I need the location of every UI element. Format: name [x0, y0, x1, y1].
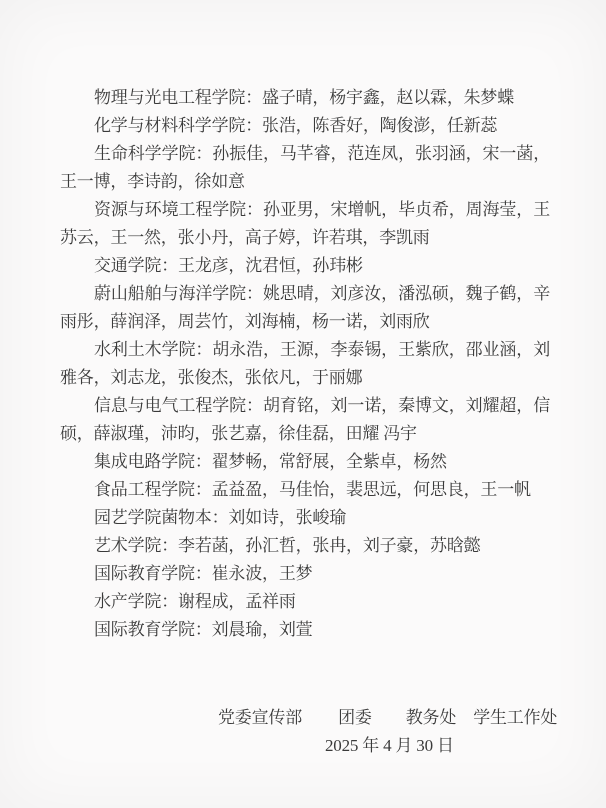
college-entry-line: 园艺学院菌物本：刘如诗，张峻瑜: [60, 504, 550, 532]
college-name: 食品工程学院: [94, 480, 195, 499]
college-entry-line: 物理与光电工程学院：盛子晴，杨宇鑫，赵以霖，朱梦蝶: [60, 84, 550, 112]
student-names: 孟益盈，马佳怡，裴思远，何思良，王一帆: [212, 480, 531, 499]
colon-separator: ：: [246, 200, 263, 219]
colon-separator: ：: [195, 480, 212, 499]
colon-separator: ：: [161, 592, 178, 611]
college-name: 化学与材料科学学院: [94, 116, 245, 135]
college-name: 园艺学院菌物本: [94, 508, 212, 527]
issue-date: 2025 年 4 月 30 日: [325, 732, 550, 760]
college-entry-line: 国际教育学院：崔永波，王梦: [60, 560, 550, 588]
colon-separator: ：: [195, 340, 212, 359]
award-name-list: 物理与光电工程学院：盛子晴，杨宇鑫，赵以霖，朱梦蝶 化学与材料科学学院：张浩，陈…: [60, 84, 550, 644]
college-entry-line: 交通学院：王龙彦，沈君恒，孙玮彬: [60, 252, 550, 280]
student-names: 崔永波，王梦: [212, 564, 313, 583]
college-name: 信息与电气工程学院: [94, 396, 246, 415]
college-name: 水利土木学院: [94, 340, 195, 359]
college-name: 交通学院: [94, 256, 161, 275]
colon-separator: ：: [245, 88, 262, 107]
college-name: 国际教育学院: [94, 620, 195, 639]
college-name: 蔚山船舶与海洋学院: [94, 284, 246, 303]
colon-separator: ：: [246, 284, 263, 303]
student-names: 翟梦畅，常舒展，全紫卓，杨然: [212, 452, 447, 471]
student-names: 李若菡，孙汇哲，张冉，刘子豪，苏晗懿: [178, 536, 480, 555]
college-name: 集成电路学院: [94, 452, 195, 471]
student-names: 王龙彦，沈君恒，孙玮彬: [178, 256, 363, 275]
issuing-departments: 党委宣传部 团委 教务处 学生工作处: [218, 704, 550, 732]
colon-separator: ：: [246, 396, 263, 415]
colon-separator: ：: [212, 508, 229, 527]
colon-separator: ：: [245, 116, 262, 135]
college-entry-line: 信息与电气工程学院：胡育铭，刘一诺，秦博文，刘耀超，信硕，薛淑瑾，沛昀，张艺嘉，…: [60, 392, 550, 448]
colon-separator: ：: [195, 620, 212, 639]
college-name: 物理与光电工程学院: [94, 88, 245, 107]
student-names: 刘晨瑜，刘萱: [212, 620, 313, 639]
college-entry-line: 蔚山船舶与海洋学院：姚思晴，刘彦汝，潘泓硕，魏子鹤，辛雨彤，薛润泽，周芸竹，刘海…: [60, 280, 550, 336]
college-entry-line: 集成电路学院：翟梦畅，常舒展，全紫卓，杨然: [60, 448, 550, 476]
college-entry-line: 资源与环境工程学院：孙亚男，宋增帆，毕贞希，周海莹，王苏云，王一然，张小丹，高子…: [60, 196, 550, 252]
college-entry-line: 生命科学学院：孙振佳，马芊睿，范连凤，张羽涵，宋一菡，王一博，李诗韵，徐如意: [60, 140, 550, 196]
document-page: 物理与光电工程学院：盛子晴，杨宇鑫，赵以霖，朱梦蝶 化学与材料科学学院：张浩，陈…: [0, 0, 606, 808]
college-name: 水产学院: [94, 592, 161, 611]
college-name: 国际教育学院: [94, 564, 195, 583]
student-names: 盛子晴，杨宇鑫，赵以霖，朱梦蝶: [262, 88, 514, 107]
college-entry-line: 艺术学院：李若菡，孙汇哲，张冉，刘子豪，苏晗懿: [60, 532, 550, 560]
document-footer: 党委宣传部 团委 教务处 学生工作处 2025 年 4 月 30 日: [60, 704, 550, 760]
college-name: 生命科学学院: [94, 144, 195, 163]
college-entry-line: 水产学院：谢程成，孟祥雨: [60, 588, 550, 616]
department-name: 党委宣传部: [218, 704, 302, 732]
department-name: 团委: [338, 704, 372, 732]
colon-separator: ：: [195, 564, 212, 583]
colon-separator: ：: [195, 144, 212, 163]
colon-separator: ：: [195, 452, 212, 471]
college-name: 艺术学院: [94, 536, 161, 555]
college-entry-line: 水利土木学院：胡永浩，王源，李泰锡，王紫欣，邵业涵，刘雅各，刘志龙，张俊杰，张依…: [60, 336, 550, 392]
college-entry-line: 化学与材料科学学院：张浩，陈香好，陶俊澎，任新蕊: [60, 112, 550, 140]
department-name: 学生工作处: [473, 704, 557, 732]
colon-separator: ：: [161, 536, 178, 555]
college-entry-line: 国际教育学院：刘晨瑜，刘萱: [60, 616, 550, 644]
student-names: 刘如诗，张峻瑜: [228, 508, 346, 527]
student-names: 张浩，陈香好，陶俊澎，任新蕊: [262, 116, 497, 135]
college-entry-line: 食品工程学院：孟益盈，马佳怡，裴思远，何思良，王一帆: [60, 476, 550, 504]
college-name: 资源与环境工程学院: [94, 200, 246, 219]
colon-separator: ：: [161, 256, 178, 275]
student-names: 谢程成，孟祥雨: [178, 592, 296, 611]
department-name: 教务处: [406, 704, 456, 732]
